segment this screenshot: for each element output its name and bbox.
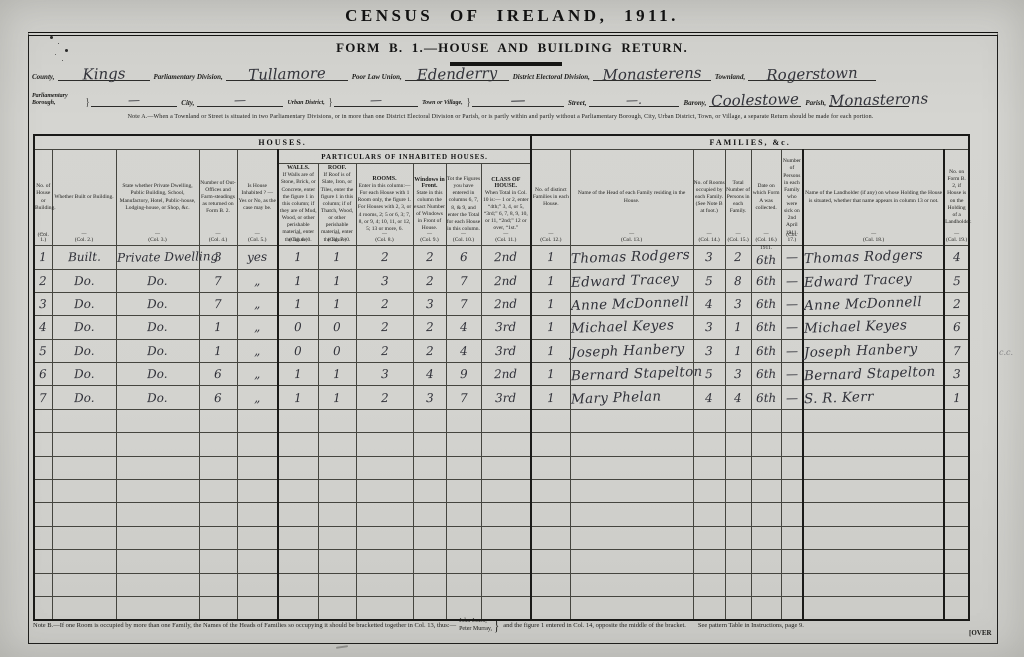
empty-cell bbox=[693, 433, 725, 456]
handwritten-entry: Built. bbox=[67, 250, 100, 265]
handwritten-entry: 3 bbox=[705, 320, 713, 334]
cell-col1-row7: 7 bbox=[34, 386, 52, 409]
cell-col19-row7: 1 bbox=[944, 386, 969, 409]
empty-cell bbox=[531, 503, 570, 526]
cell-col5-row3: „ bbox=[237, 292, 278, 315]
table-row-1: 1Built.Private Dwelling3yes112262nd1Thom… bbox=[34, 246, 969, 270]
empty-cell bbox=[751, 573, 781, 596]
cell-col16-row6: 6th bbox=[751, 363, 781, 386]
brace-glyph: } bbox=[494, 619, 499, 633]
empty-cell bbox=[446, 573, 481, 596]
empty-cell bbox=[199, 503, 237, 526]
empty-cell bbox=[803, 433, 944, 456]
empty-cell bbox=[116, 433, 199, 456]
table-row-2: 2Do.Do.7„113272nd1Edward Tracey586th—Edw… bbox=[34, 269, 969, 292]
handwritten-entry: 3 bbox=[953, 367, 961, 381]
city-value: — bbox=[197, 92, 283, 108]
cell-col11-row3: 2nd bbox=[481, 292, 531, 315]
note-a: Note A.—When a Townland or Street is sit… bbox=[33, 114, 968, 120]
empty-cell bbox=[34, 456, 52, 479]
empty-cell bbox=[531, 480, 570, 503]
empty-cell bbox=[116, 596, 199, 619]
empty-cell bbox=[237, 433, 278, 456]
handwritten-entry: Do. bbox=[147, 297, 168, 311]
empty-cell bbox=[481, 596, 531, 619]
empty-cell bbox=[446, 480, 481, 503]
cell-col9-row1: 2 bbox=[413, 246, 446, 270]
cell-col13-row5: Joseph Hanbery bbox=[570, 339, 693, 362]
empty-cell bbox=[803, 503, 944, 526]
empty-cell bbox=[531, 596, 570, 619]
handwritten-entry: Do. bbox=[74, 297, 95, 311]
empty-cell bbox=[781, 526, 803, 549]
column-header-19: No. on Form B. 2, if House is on the Hol… bbox=[944, 150, 969, 246]
houses-section-header: HOUSES. bbox=[34, 135, 531, 150]
handwritten-entry: 4 bbox=[460, 320, 468, 334]
cell-col15-row1: 2 bbox=[725, 246, 751, 270]
empty-cell bbox=[725, 456, 751, 479]
empty-cell bbox=[531, 573, 570, 596]
empty-cell bbox=[803, 480, 944, 503]
census-form-page: CENSUS OF IRELAND, 1911. FORM B. 1.—HOUS… bbox=[0, 0, 1024, 657]
column-header-1: No. of House or Building.—(Col. 1.) bbox=[34, 150, 52, 246]
empty-cell bbox=[52, 503, 116, 526]
cell-col12-row6: 1 bbox=[531, 363, 570, 386]
handwritten-entry: 1 bbox=[547, 274, 555, 288]
cell-col14-row4: 3 bbox=[693, 316, 725, 339]
empty-table-row bbox=[34, 503, 969, 526]
note-b-name-1: John Jones, bbox=[459, 618, 492, 626]
handwritten-entry: 6 bbox=[214, 367, 222, 381]
handwritten-entry: Bernard Stapelton bbox=[570, 364, 702, 385]
county-value: Kings bbox=[57, 64, 149, 84]
handwritten-entry: 2nd bbox=[494, 250, 517, 264]
town-or-village-value: — bbox=[472, 90, 564, 110]
handwritten-entry: 2 bbox=[381, 344, 389, 358]
empty-table-row bbox=[34, 550, 969, 573]
handwritten-entry: 1 bbox=[214, 344, 222, 358]
handwritten-entry: 2 bbox=[39, 274, 47, 288]
cell-col7-row2: 1 bbox=[318, 269, 356, 292]
empty-cell bbox=[356, 456, 413, 479]
empty-cell bbox=[446, 526, 481, 549]
empty-cell bbox=[481, 433, 531, 456]
cell-col19-row3: 2 bbox=[944, 292, 969, 315]
handwritten-entry: 1 bbox=[953, 391, 961, 405]
handwritten-entry: „ bbox=[254, 320, 260, 334]
handwritten-entry: 1 bbox=[547, 391, 555, 405]
column-header-18: Name of the Landholder (if any) on whose… bbox=[803, 150, 944, 246]
empty-cell bbox=[481, 480, 531, 503]
parliamentary-division-label: Parliamentary Division, bbox=[154, 73, 226, 81]
families-section-header: FAMILIES, &c. bbox=[531, 135, 969, 150]
handwritten-entry: 1 bbox=[294, 367, 302, 381]
handwritten-entry: 1 bbox=[294, 391, 302, 405]
empty-cell bbox=[781, 596, 803, 619]
empty-cell bbox=[278, 526, 318, 549]
cell-col3-row3: Do. bbox=[116, 292, 199, 315]
cell-col16-row2: 6th bbox=[751, 269, 781, 292]
handwritten-entry: 3rd bbox=[495, 320, 516, 334]
empty-cell bbox=[481, 456, 531, 479]
handwritten-entry: 7 bbox=[214, 274, 222, 288]
handwritten-entry: 9 bbox=[460, 367, 468, 381]
handwritten-entry: — bbox=[786, 344, 798, 358]
cell-col8-row3: 2 bbox=[356, 292, 413, 315]
cell-col12-row7: 1 bbox=[531, 386, 570, 409]
cell-col5-row7: „ bbox=[237, 386, 278, 409]
handwritten-entry: — bbox=[786, 320, 798, 334]
cell-col12-row5: 1 bbox=[531, 339, 570, 362]
cell-col7-row3: 1 bbox=[318, 292, 356, 315]
empty-cell bbox=[693, 409, 725, 432]
empty-cell bbox=[725, 596, 751, 619]
handwritten-entry: 6th bbox=[756, 344, 776, 358]
empty-cell bbox=[413, 503, 446, 526]
handwritten-entry: 4 bbox=[426, 367, 434, 381]
handwritten-entry: 1 bbox=[547, 320, 555, 334]
handwritten-entry: 2nd bbox=[494, 297, 517, 311]
column-header-15: Total Number of Persons in each Family.—… bbox=[725, 150, 751, 246]
empty-table-row bbox=[34, 456, 969, 479]
empty-cell bbox=[781, 456, 803, 479]
poor-law-union-value: Edenderry bbox=[405, 64, 509, 85]
empty-cell bbox=[725, 573, 751, 596]
empty-cell bbox=[446, 550, 481, 573]
column-header-7: ROOF.If Roof is of Slate, Iron, or Tiles… bbox=[318, 164, 356, 246]
cell-col9-row6: 4 bbox=[413, 363, 446, 386]
cell-col9-row4: 2 bbox=[413, 316, 446, 339]
empty-cell bbox=[356, 433, 413, 456]
empty-cell bbox=[356, 409, 413, 432]
cell-col1-row6: 6 bbox=[34, 363, 52, 386]
empty-cell bbox=[781, 480, 803, 503]
empty-cell bbox=[278, 550, 318, 573]
parliamentary-division-value: Tullamore bbox=[226, 63, 348, 84]
empty-cell bbox=[693, 456, 725, 479]
empty-cell bbox=[356, 550, 413, 573]
empty-cell bbox=[531, 550, 570, 573]
empty-cell bbox=[944, 433, 969, 456]
empty-cell bbox=[781, 409, 803, 432]
handwritten-entry: 3 bbox=[705, 344, 713, 358]
empty-cell bbox=[52, 433, 116, 456]
cell-col14-row3: 4 bbox=[693, 292, 725, 315]
cell-col4-row6: 6 bbox=[199, 363, 237, 386]
cell-col10-row4: 4 bbox=[446, 316, 481, 339]
handwritten-entry: 4 bbox=[39, 320, 47, 334]
handwritten-entry: 4 bbox=[705, 391, 713, 405]
cell-col2-row7: Do. bbox=[52, 386, 116, 409]
handwritten-entry: 0 bbox=[294, 344, 302, 358]
cell-col4-row4: 1 bbox=[199, 316, 237, 339]
town-or-village-label: Town or Village, bbox=[422, 100, 466, 107]
handwritten-entry: Do. bbox=[74, 320, 95, 334]
empty-cell bbox=[199, 550, 237, 573]
pencil-smudge-decoration bbox=[336, 645, 348, 649]
cell-col1-row3: 3 bbox=[34, 292, 52, 315]
empty-cell bbox=[781, 573, 803, 596]
empty-cell bbox=[237, 526, 278, 549]
cell-col8-row7: 2 bbox=[356, 386, 413, 409]
empty-cell bbox=[116, 480, 199, 503]
cell-col15-row7: 4 bbox=[725, 386, 751, 409]
cell-col10-row5: 4 bbox=[446, 339, 481, 362]
townland-value: Rogerstown bbox=[748, 63, 876, 84]
empty-cell bbox=[751, 503, 781, 526]
handwritten-entry: 7 bbox=[39, 391, 47, 405]
cell-col19-row5: 7 bbox=[944, 339, 969, 362]
cell-col15-row5: 1 bbox=[725, 339, 751, 362]
townland-label: Townland, bbox=[715, 73, 748, 81]
poor-law-union-label: Poor Law Union, bbox=[352, 73, 405, 81]
handwritten-entry: 6th bbox=[756, 252, 776, 266]
empty-cell bbox=[725, 550, 751, 573]
empty-cell bbox=[751, 456, 781, 479]
cell-col6-row1: 1 bbox=[278, 246, 318, 270]
ink-splatter-decoration bbox=[50, 36, 53, 39]
handwritten-entry: 1 bbox=[333, 274, 341, 288]
cell-col9-row5: 2 bbox=[413, 339, 446, 362]
cell-col13-row2: Edward Tracey bbox=[570, 269, 693, 292]
handwritten-entry: 0 bbox=[333, 344, 341, 358]
street-label: Street, bbox=[568, 99, 589, 107]
cell-col1-row5: 5 bbox=[34, 339, 52, 362]
cell-col7-row5: 0 bbox=[318, 339, 356, 362]
empty-cell bbox=[199, 573, 237, 596]
handwritten-entry: Do. bbox=[74, 390, 95, 404]
empty-cell bbox=[693, 573, 725, 596]
handwritten-entry: 3 bbox=[734, 297, 742, 311]
handwritten-entry: 3 bbox=[381, 367, 389, 381]
handwritten-entry: 6th bbox=[756, 274, 776, 288]
particulars-section-header: PARTICULARS OF INHABITED HOUSES. bbox=[278, 150, 531, 164]
cell-col11-row1: 2nd bbox=[481, 246, 531, 270]
brace-glyph: } bbox=[86, 97, 90, 107]
empty-cell bbox=[693, 503, 725, 526]
empty-table-row bbox=[34, 480, 969, 503]
parliamentary-borough-value: — bbox=[91, 92, 177, 108]
empty-cell bbox=[803, 573, 944, 596]
handwritten-entry: „ bbox=[254, 344, 260, 358]
empty-cell bbox=[52, 596, 116, 619]
handwritten-entry: 2 bbox=[381, 320, 389, 334]
handwritten-entry: Joseph Hanbery bbox=[804, 341, 918, 361]
cell-col15-row3: 3 bbox=[725, 292, 751, 315]
cell-col11-row2: 2nd bbox=[481, 269, 531, 292]
cell-col18-row7: S. R. Kerr bbox=[803, 386, 944, 409]
cell-col11-row6: 2nd bbox=[481, 363, 531, 386]
empty-cell bbox=[570, 480, 693, 503]
table-row-6: 6Do.Do.6„113492nd1Bernard Stapelton536th… bbox=[34, 363, 969, 386]
cell-col4-row7: 6 bbox=[199, 386, 237, 409]
empty-cell bbox=[356, 503, 413, 526]
empty-cell bbox=[693, 480, 725, 503]
cell-col4-row5: 1 bbox=[199, 339, 237, 362]
handwritten-entry: — bbox=[786, 297, 798, 311]
empty-cell bbox=[52, 573, 116, 596]
handwritten-entry: 1 bbox=[547, 367, 555, 381]
column-header-10: Tot the Figures you have entered in colu… bbox=[446, 164, 481, 246]
column-header-11: CLASS OF HOUSE.When Total in Col. 10 is:… bbox=[481, 164, 531, 246]
cell-col17-row1: — bbox=[781, 246, 803, 270]
column-header-8: ROOMS.Enter in this column:— For each Ho… bbox=[356, 164, 413, 246]
empty-cell bbox=[725, 480, 751, 503]
handwritten-entry: 4 bbox=[734, 391, 742, 405]
cell-col3-row7: Do. bbox=[116, 386, 199, 409]
empty-cell bbox=[52, 480, 116, 503]
cell-col18-row2: Edward Tracey bbox=[803, 269, 944, 292]
handwritten-entry: 3 bbox=[705, 250, 713, 264]
empty-cell bbox=[944, 503, 969, 526]
handwritten-entry: 2nd bbox=[494, 273, 517, 287]
cell-col14-row5: 3 bbox=[693, 339, 725, 362]
header-fields-row-1: County, Kings Parliamentary Division, Tu… bbox=[32, 70, 880, 81]
empty-cell bbox=[34, 550, 52, 573]
cell-col12-row4: 1 bbox=[531, 316, 570, 339]
cell-col5-row2: „ bbox=[237, 269, 278, 292]
handwritten-entry: 2 bbox=[734, 250, 742, 264]
cell-col3-row5: Do. bbox=[116, 339, 199, 362]
handwritten-entry: „ bbox=[254, 274, 260, 288]
column-header-13: Name of the Head of each Family residing… bbox=[570, 150, 693, 246]
handwritten-entry: — bbox=[786, 250, 798, 264]
handwritten-entry: 6th bbox=[756, 390, 776, 404]
empty-cell bbox=[944, 550, 969, 573]
empty-cell bbox=[278, 573, 318, 596]
empty-cell bbox=[278, 596, 318, 619]
handwritten-entry: S. R. Kerr bbox=[804, 388, 874, 406]
empty-cell bbox=[446, 433, 481, 456]
empty-cell bbox=[52, 526, 116, 549]
empty-cell bbox=[237, 456, 278, 479]
handwritten-entry: Do. bbox=[74, 344, 95, 358]
parliamentary-borough-label: Parliamentary Borough, bbox=[32, 93, 85, 107]
empty-cell bbox=[803, 596, 944, 619]
empty-cell bbox=[34, 573, 52, 596]
parish-value: Monasterons bbox=[829, 90, 909, 110]
empty-cell bbox=[481, 550, 531, 573]
handwritten-entry: Bernard Stapelton bbox=[804, 364, 936, 385]
district-electoral-division-value: Monasterens bbox=[593, 63, 711, 84]
note-b-lead: Note B.—If one Room is occupied by more … bbox=[33, 622, 456, 629]
handwritten-entry: 5 bbox=[39, 344, 47, 358]
handwritten-entry: Michael Keyes bbox=[570, 318, 674, 338]
cell-col7-row6: 1 bbox=[318, 363, 356, 386]
empty-cell bbox=[356, 526, 413, 549]
empty-cell bbox=[481, 573, 531, 596]
note-b-example-names: John Jones, Peter Murray, bbox=[459, 618, 492, 633]
cell-col8-row2: 3 bbox=[356, 269, 413, 292]
empty-cell bbox=[116, 503, 199, 526]
cell-col11-row4: 3rd bbox=[481, 316, 531, 339]
urban-district-label: Urban District, bbox=[287, 100, 327, 107]
cell-col2-row6: Do. bbox=[52, 363, 116, 386]
brace-glyph: } bbox=[329, 97, 333, 107]
cell-col1-row2: 2 bbox=[34, 269, 52, 292]
empty-cell bbox=[199, 596, 237, 619]
empty-cell bbox=[318, 596, 356, 619]
cell-col12-row1: 1 bbox=[531, 246, 570, 270]
parish-label: Parish, bbox=[805, 99, 829, 107]
empty-cell bbox=[751, 550, 781, 573]
cell-col3-row1: Private Dwelling bbox=[116, 246, 199, 270]
column-header-4: Number of Out-Offices and Farm-steadings… bbox=[199, 150, 237, 246]
cell-col14-row7: 4 bbox=[693, 386, 725, 409]
empty-cell bbox=[446, 409, 481, 432]
handwritten-entry: 1 bbox=[39, 250, 47, 264]
handwritten-entry: 2 bbox=[953, 297, 961, 311]
note-b: Note B.—If one Room is occupied by more … bbox=[33, 618, 968, 633]
empty-cell bbox=[199, 456, 237, 479]
empty-cell bbox=[570, 550, 693, 573]
handwritten-entry: 7 bbox=[460, 391, 468, 405]
empty-cell bbox=[803, 550, 944, 573]
handwritten-entry: 1 bbox=[734, 344, 742, 358]
empty-cell bbox=[318, 456, 356, 479]
cell-col11-row7: 3rd bbox=[481, 386, 531, 409]
empty-cell bbox=[278, 433, 318, 456]
cell-col10-row3: 7 bbox=[446, 292, 481, 315]
cell-col13-row7: Mary Phelan bbox=[570, 386, 693, 409]
handwritten-entry: 7 bbox=[214, 297, 222, 311]
empty-cell bbox=[116, 526, 199, 549]
cell-col5-row5: „ bbox=[237, 339, 278, 362]
over-label: [OVER bbox=[969, 629, 992, 637]
cell-col17-row7: — bbox=[781, 386, 803, 409]
cell-col17-row2: — bbox=[781, 269, 803, 292]
handwritten-entry: Do. bbox=[147, 320, 168, 334]
handwritten-entry: Thomas Rodgers bbox=[804, 247, 924, 267]
handwritten-entry: — bbox=[786, 274, 798, 288]
empty-cell bbox=[356, 596, 413, 619]
brace-glyph: } bbox=[466, 97, 470, 107]
cell-col8-row6: 3 bbox=[356, 363, 413, 386]
column-header-17: Number of Persons in each Family who wer… bbox=[781, 150, 803, 246]
empty-cell bbox=[693, 596, 725, 619]
empty-cell bbox=[278, 409, 318, 432]
handwritten-entry: Joseph Hanbery bbox=[570, 341, 684, 361]
cell-col13-row4: Michael Keyes bbox=[570, 316, 693, 339]
empty-cell bbox=[725, 503, 751, 526]
cell-col10-row7: 7 bbox=[446, 386, 481, 409]
handwritten-entry: Anne McDonnell bbox=[804, 294, 922, 314]
empty-cell bbox=[318, 433, 356, 456]
cell-col7-row7: 1 bbox=[318, 386, 356, 409]
empty-cell bbox=[199, 480, 237, 503]
empty-cell bbox=[413, 456, 446, 479]
handwritten-entry: 6 bbox=[953, 320, 961, 334]
page-title: CENSUS OF IRELAND, 1911. bbox=[0, 6, 1024, 26]
cell-col5-row6: „ bbox=[237, 363, 278, 386]
handwritten-entry: 3 bbox=[426, 297, 434, 311]
empty-cell bbox=[413, 409, 446, 432]
cell-col1-row1: 1 bbox=[34, 246, 52, 270]
column-header-12: No. of distinct Families in each House.—… bbox=[531, 150, 570, 246]
cell-col4-row2: 7 bbox=[199, 269, 237, 292]
cell-col6-row6: 1 bbox=[278, 363, 318, 386]
empty-cell bbox=[531, 526, 570, 549]
empty-table-row bbox=[34, 433, 969, 456]
empty-cell bbox=[803, 409, 944, 432]
cell-col19-row6: 3 bbox=[944, 363, 969, 386]
handwritten-entry: 2 bbox=[426, 320, 434, 334]
handwritten-entry: 1 bbox=[333, 391, 341, 405]
empty-cell bbox=[725, 409, 751, 432]
handwritten-entry: 3rd bbox=[495, 344, 516, 358]
cell-col18-row4: Michael Keyes bbox=[803, 316, 944, 339]
empty-cell bbox=[531, 456, 570, 479]
